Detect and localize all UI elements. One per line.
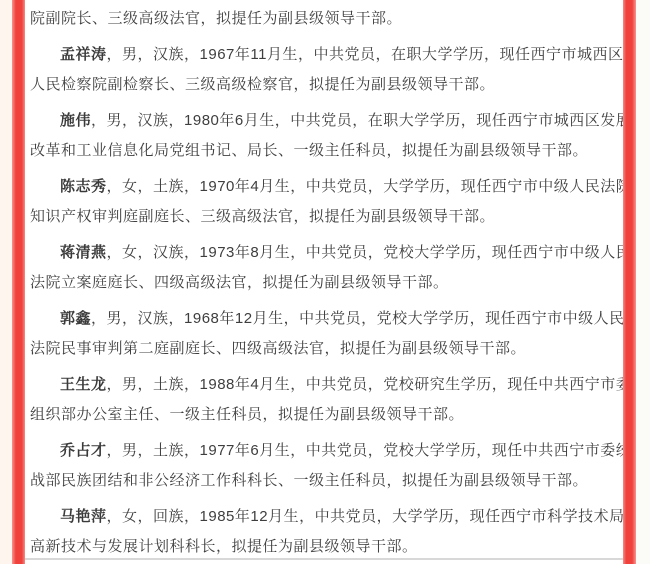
paragraph-line: 战部民族团结和非公经济工作科科长、一级主任科员，拟提任为副县级领导干部。 — [25, 466, 623, 496]
paragraph: 王生龙，男，土族，1988年4月生，中共党员，党校研究生学历，现任中共西宁市委 … — [25, 370, 623, 430]
paragraph-line: 人民检察院副检察长、三级高级检察官，拟提任为副县级领导干部。 — [25, 70, 623, 100]
paragraph-line-text: ，男，汉族，1967年11月生，中共党员，在职大学学历，现任西宁市城西区 — [107, 46, 623, 63]
person-name: 王生龙 — [60, 376, 107, 393]
person-name: 孟祥涛 — [60, 46, 107, 63]
person-name: 施伟 — [60, 112, 91, 129]
paragraph-line: 王生龙，男，土族，1988年4月生，中共党员，党校研究生学历，现任中共西宁市委 — [25, 370, 623, 400]
article-body: 院副院长、三级高级法官，拟提任为副县级领导干部。 孟祥涛，男，汉族，1967年1… — [25, 0, 623, 560]
person-name: 蒋清燕 — [60, 244, 107, 261]
paragraph-line: 郭鑫，男，汉族，1968年12月生，中共党员，党校大学学历，现任西宁市中级人民 — [25, 304, 623, 334]
person-name: 乔占才 — [60, 442, 107, 459]
paragraph: 陈志秀，女，土族，1970年4月生，中共党员，大学学历，现任西宁市中级人民法院 … — [25, 172, 623, 232]
paragraph-line: 孟祥涛，男，汉族，1967年11月生，中共党员，在职大学学历，现任西宁市城西区 — [25, 40, 623, 70]
right-red-accent-bar — [623, 0, 636, 564]
left-red-accent-bar — [12, 0, 25, 564]
paragraph-line: 陈志秀，女，土族，1970年4月生，中共党员，大学学历，现任西宁市中级人民法院 — [25, 172, 623, 202]
paragraph-line: 马艳萍，女，回族，1985年12月生，中共党员，大学学历，现任西宁市科学技术局 — [25, 502, 623, 532]
announcement-page: 院副院长、三级高级法官，拟提任为副县级领导干部。 孟祥涛，男，汉族，1967年1… — [0, 0, 650, 564]
paragraph-line-text: ，男，土族，1977年6月生，中共党员，党校大学学历，现任中共西宁市委统 — [107, 442, 623, 459]
paragraph-line: 乔占才，男，土族，1977年6月生，中共党员，党校大学学历，现任中共西宁市委统 — [25, 436, 623, 466]
paragraph-line: 高新技术与发展计划科科长，拟提任为副县级领导干部。 — [25, 532, 623, 560]
paragraph-line: 施伟，男，汉族，1980年6月生，中共党员，在职大学学历，现任西宁市城西区发展 — [25, 106, 623, 136]
paragraph-line: 院副院长、三级高级法官，拟提任为副县级领导干部。 — [25, 4, 623, 34]
paragraph-line: 法院立案庭庭长、四级高级法官，拟提任为副县级领导干部。 — [25, 268, 623, 298]
paragraph-line-text: ，男，土族，1988年4月生，中共党员，党校研究生学历，现任中共西宁市委 — [107, 376, 623, 393]
paragraph: 马艳萍，女，回族，1985年12月生，中共党员，大学学历，现任西宁市科学技术局 … — [25, 502, 623, 560]
paragraph-line: 蒋清燕，女，汉族，1973年8月生，中共党员，党校大学学历，现任西宁市中级人民 — [25, 238, 623, 268]
paragraph: 孟祥涛，男，汉族，1967年11月生，中共党员，在职大学学历，现任西宁市城西区 … — [25, 40, 623, 100]
person-name: 郭鑫 — [60, 310, 91, 327]
paragraph: 蒋清燕，女，汉族，1973年8月生，中共党员，党校大学学历，现任西宁市中级人民 … — [25, 238, 623, 298]
paragraph: 施伟，男，汉族，1980年6月生，中共党员，在职大学学历，现任西宁市城西区发展 … — [25, 106, 623, 166]
right-page-margin — [636, 0, 650, 564]
paragraph-line-text: ，男，汉族，1980年6月生，中共党员，在职大学学历，现任西宁市城西区发展 — [91, 112, 623, 129]
paragraph-line-text: ，女，土族，1970年4月生，中共党员，大学学历，现任西宁市中级人民法院 — [107, 178, 623, 195]
paragraph-line-text: ，男，汉族，1968年12月生，中共党员，党校大学学历，现任西宁市中级人民 — [91, 310, 623, 327]
paragraph: 院副院长、三级高级法官，拟提任为副县级领导干部。 — [25, 4, 623, 34]
paragraph-line: 组织部办公室主任、一级主任科员，拟提任为副县级领导干部。 — [25, 400, 623, 430]
paragraph-line: 法院民事审判第二庭副庭长、四级高级法官，拟提任为副县级领导干部。 — [25, 334, 623, 364]
paragraph-line: 改革和工业信息化局党组书记、局长、一级主任科员，拟提任为副县级领导干部。 — [25, 136, 623, 166]
paragraph: 郭鑫，男，汉族，1968年12月生，中共党员，党校大学学历，现任西宁市中级人民 … — [25, 304, 623, 364]
paragraph: 乔占才，男，土族，1977年6月生，中共党员，党校大学学历，现任中共西宁市委统 … — [25, 436, 623, 496]
person-name: 马艳萍 — [60, 508, 107, 525]
paragraph-line-text: ，女，汉族，1973年8月生，中共党员，党校大学学历，现任西宁市中级人民 — [107, 244, 623, 261]
paragraph-line-text: ，女，回族，1985年12月生，中共党员，大学学历，现任西宁市科学技术局 — [107, 508, 623, 525]
left-page-margin — [0, 0, 12, 564]
person-name: 陈志秀 — [60, 178, 107, 195]
paragraph-line: 知识产权审判庭副庭长、三级高级法官，拟提任为副县级领导干部。 — [25, 202, 623, 232]
